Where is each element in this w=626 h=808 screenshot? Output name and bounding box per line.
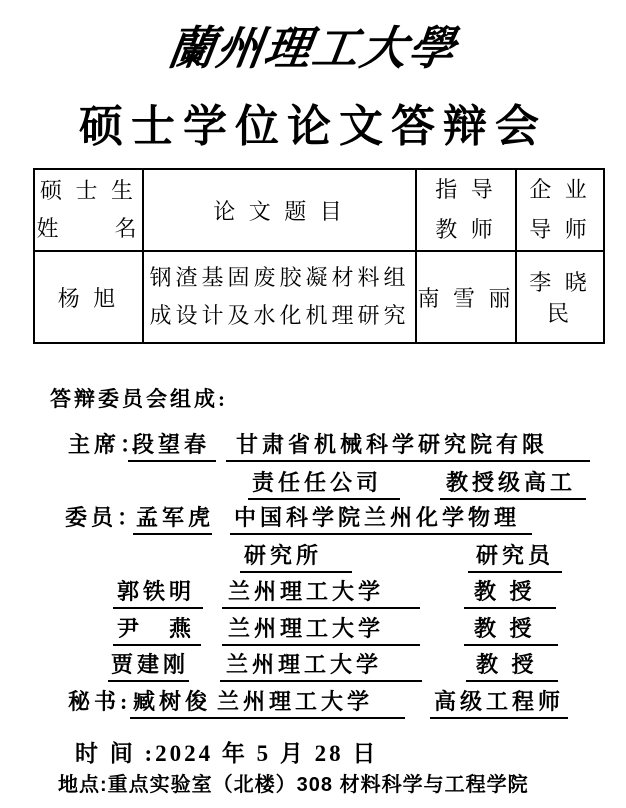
header-cell-thesis-title: 论 文 题 目: [143, 169, 416, 251]
advisor-header-line1: 指 导: [417, 170, 515, 210]
thesis-title-line1: 钢渣基固废胶凝材料组: [144, 259, 415, 297]
member3-org: 兰州理工大学: [222, 614, 420, 646]
committee-member1-line2: 研究所 研究员: [0, 541, 626, 575]
committee-member3-line: 尹 燕 兰州理工大学 教 授: [0, 614, 626, 648]
committee-secretary-line: 秘书: 臧树俊 兰州理工大学 高级工程师: [0, 687, 626, 721]
committee-member4-line: 贾建刚 兰州理工大学 教 授: [0, 650, 626, 684]
member1-title: 研究员: [468, 541, 562, 573]
enterprise-header-line2: 导 师: [517, 210, 603, 250]
location-line: 地点:重点实验室（北楼）308 材料科学与工程学院: [58, 768, 529, 797]
member3-title: 教 授: [464, 614, 558, 646]
member1-name: 孟军虎: [133, 503, 212, 535]
committee-member2-line: 郭铁明 兰州理工大学 教 授: [0, 577, 626, 611]
thesis-title-line2: 成设计及水化机理研究: [144, 297, 415, 335]
cell-enterprise-mentor-name: 李 晓 民: [516, 251, 604, 343]
cell-thesis-title: 钢渣基固废胶凝材料组 成设计及水化机理研究: [143, 251, 416, 343]
header-cell-enterprise-mentor: 企 业 导 师: [516, 169, 604, 251]
student-info-table: 硕 士 生 姓 名 论 文 题 目 指 导 教 师 企 业 导 师 杨 旭 钢渣…: [33, 168, 605, 344]
advisor-header-line2: 教 师: [417, 210, 515, 250]
enterprise-header-line1: 企 业: [517, 170, 603, 210]
cell-advisor-name: 南 雪 丽: [416, 251, 516, 343]
member1-org-line1: 中国科学院兰州化学物理: [230, 503, 532, 535]
chair-title: 教授级高工: [440, 468, 586, 500]
university-logo-calligraphy: 蘭州理工大學: [0, 12, 626, 78]
header-cell-advisor: 指 导 教 师: [416, 169, 516, 251]
header-cell-student-name: 硕 士 生 姓 名: [34, 169, 143, 251]
committee-member1-line: 委员： 孟军虎 中国科学院兰州化学物理: [0, 503, 626, 537]
committee-heading: 答辩委员会组成:: [50, 383, 228, 413]
secretary-org: 兰州理工大学: [212, 687, 405, 719]
committee-chair-line: 主席： 段望春 甘肃省机械科学研究院有限: [0, 430, 626, 464]
defense-announcement-page: 蘭州理工大學 硕士学位论文答辩会 硕 士 生 姓 名 论 文 题 目 指 导 教…: [0, 0, 626, 808]
member1-org-line2: 研究所: [240, 541, 352, 573]
cell-student-name: 杨 旭: [34, 251, 143, 343]
member4-name: 贾建刚: [108, 650, 189, 682]
member2-name: 郭铁明: [113, 577, 203, 609]
member2-org: 兰州理工大学: [222, 577, 420, 609]
member2-title: 教 授: [464, 577, 556, 609]
chair-org-line2: 责任任公司: [248, 468, 400, 500]
member4-org: 兰州理工大学: [220, 650, 422, 682]
student-name-header-line2: 姓 名: [35, 210, 142, 248]
student-name-header-line1: 硕 士 生: [35, 172, 142, 210]
chair-name: 段望春: [128, 430, 216, 462]
secretary-name: 臧树俊: [130, 687, 212, 719]
member3-name: 尹 燕: [113, 614, 201, 646]
page-title: 硕士学位论文答辩会: [0, 90, 626, 154]
secretary-label: 秘书:: [68, 687, 131, 717]
chair-org-line1: 甘肃省机械科学研究院有限: [226, 430, 590, 462]
secretary-title: 高级工程师: [430, 687, 568, 719]
time-line: 时 间 :2024 年 5 月 28 日: [75, 735, 378, 768]
committee-chair-line2: 责任任公司 教授级高工: [0, 468, 626, 502]
members-label: 委员：: [65, 503, 143, 533]
member4-title: 教 授: [466, 650, 558, 682]
